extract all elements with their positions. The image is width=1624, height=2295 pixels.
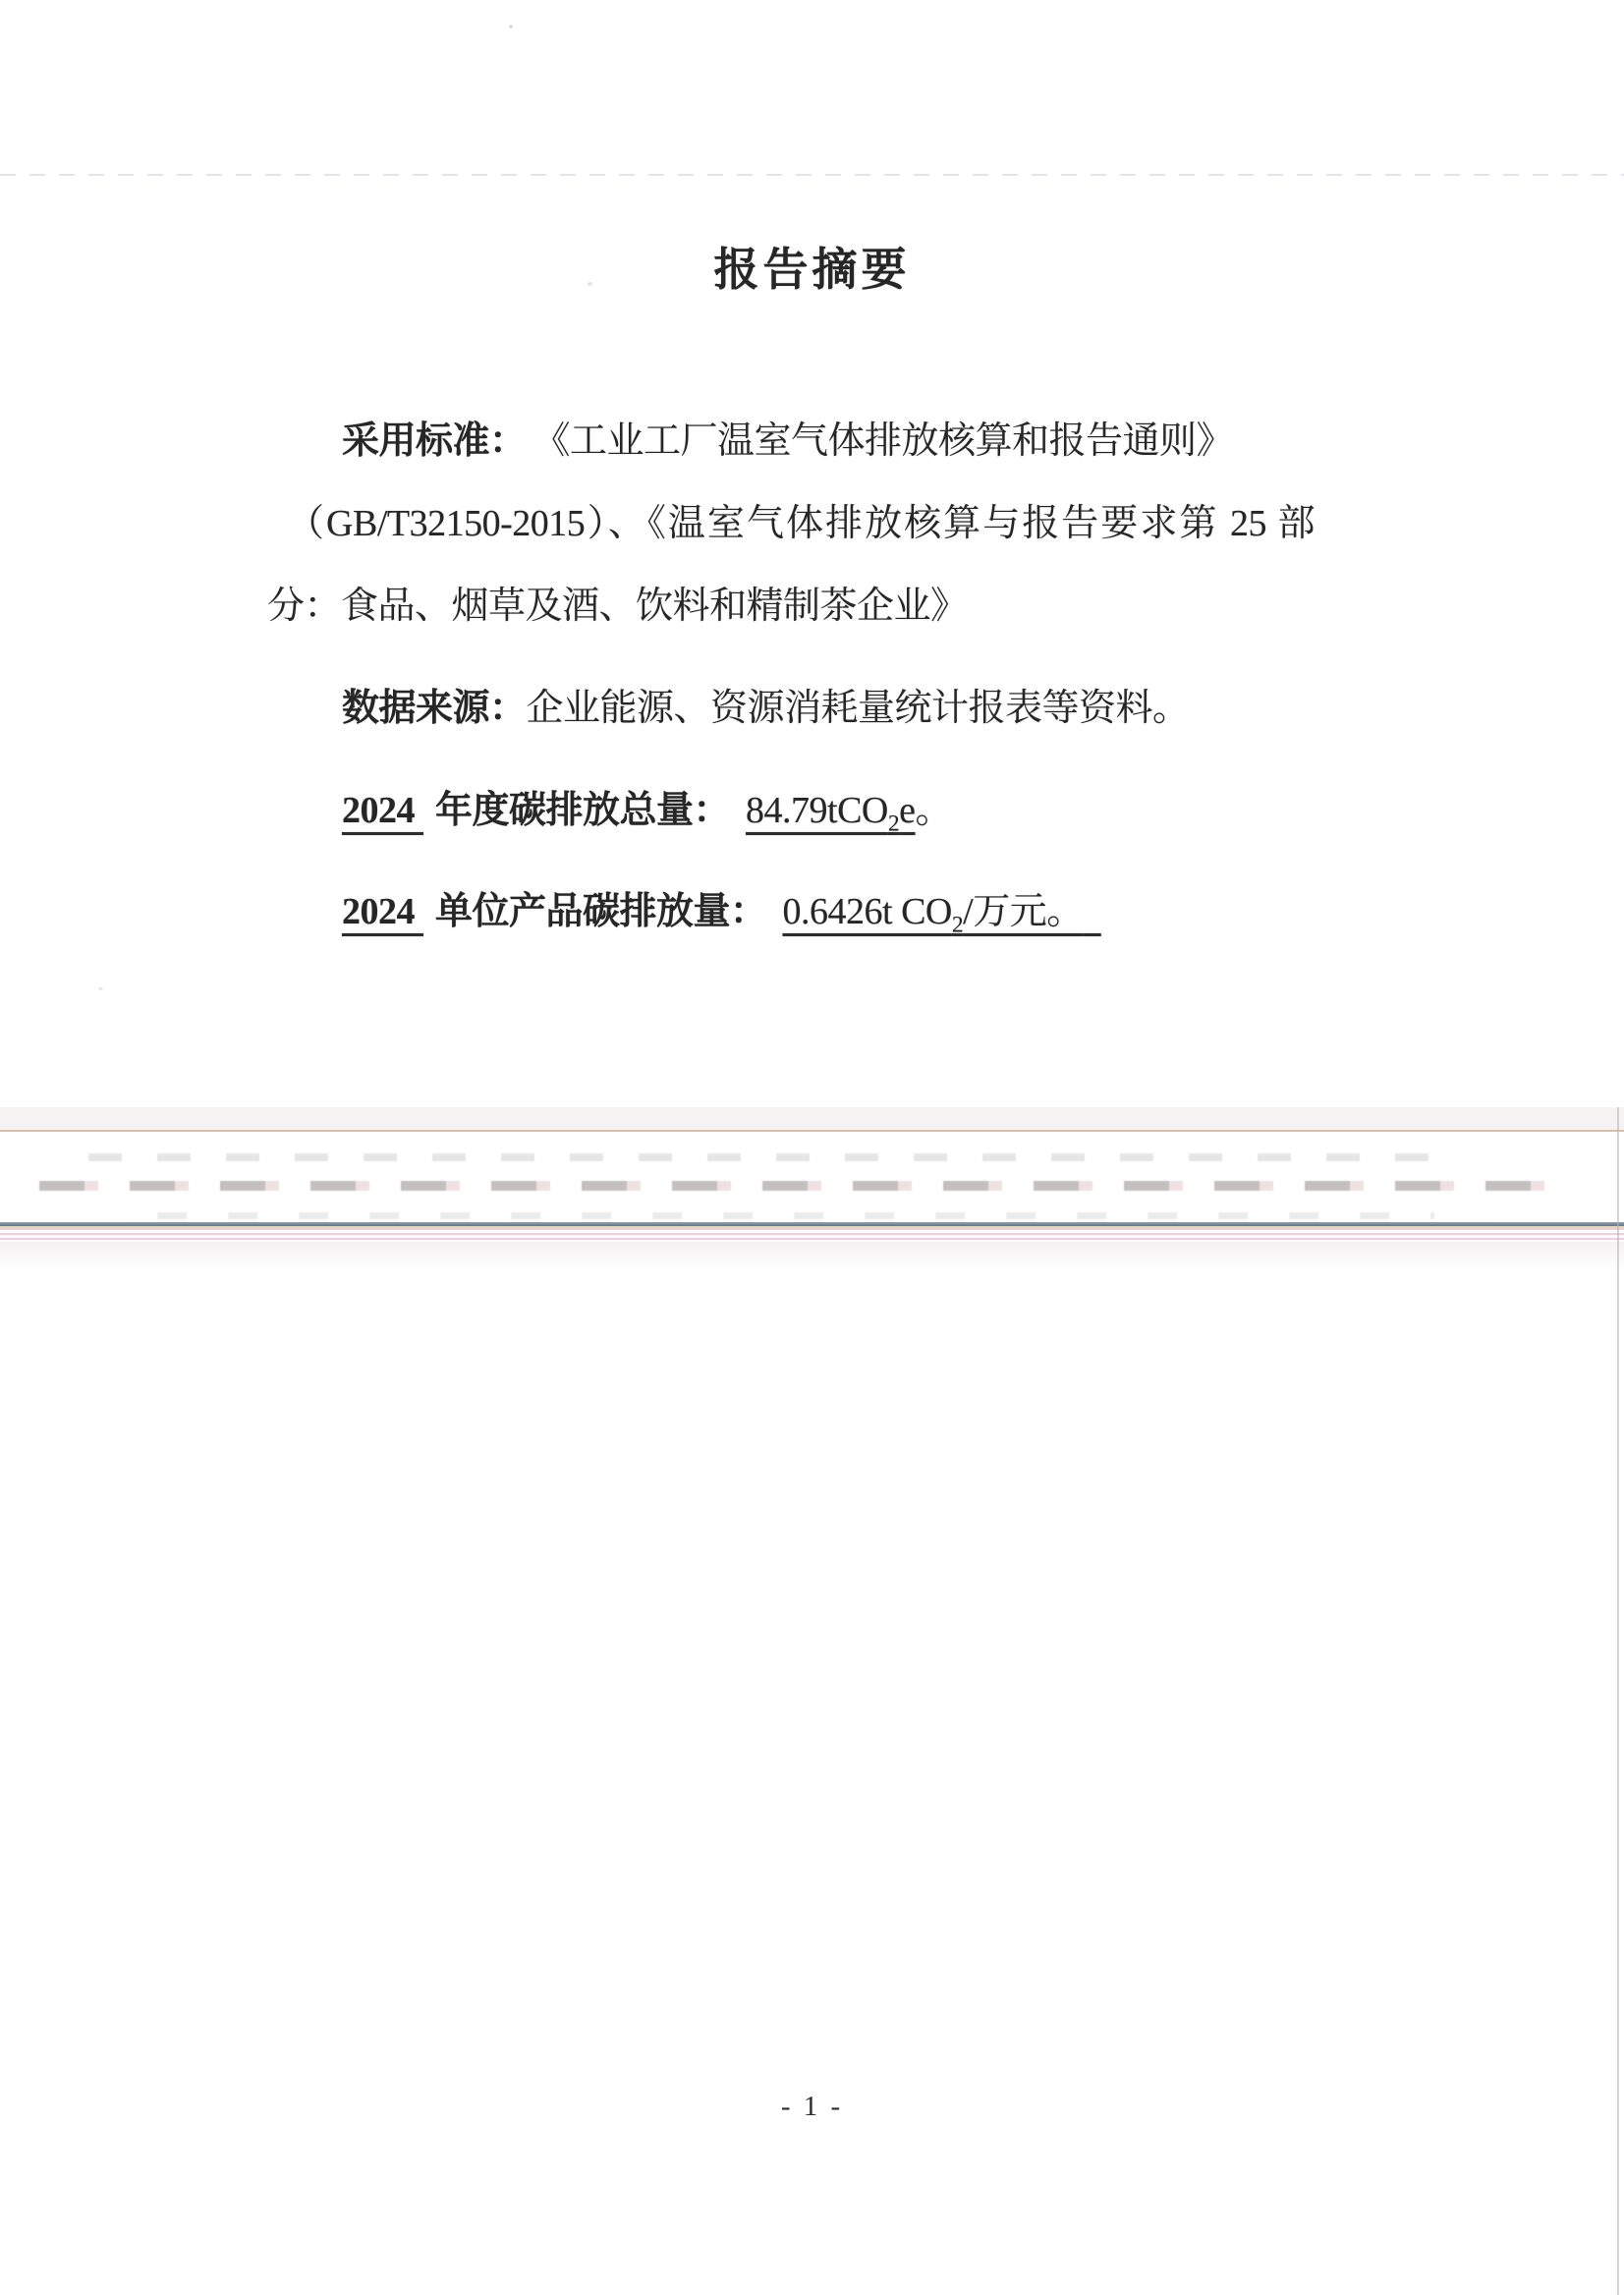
- per-unit-line: 2024 单位产品碳排放量：0.6426t CO2/万元。: [342, 887, 1101, 950]
- annual-total-line: 2024 年度碳排放总量：84.79tCO2e。: [342, 786, 952, 849]
- per-unit-label: 单位产品碳排放量：: [435, 891, 767, 932]
- scan-artifact-pink-lines: [0, 1228, 1624, 1242]
- annual-total-year-underline: 2024: [342, 790, 423, 831]
- scan-artifact-band-top: [0, 1107, 1624, 1132]
- scan-noise-speck: [98, 987, 103, 990]
- data-source-line: 数据来源：企业能源、资源消耗量统计报表等资料。: [342, 684, 1190, 733]
- standard-line-1: 采用标准：《工业工厂温室气体排放核算和报告通则》: [342, 417, 1233, 466]
- standard-line-2: （GB/T32150-2015）、《温室气体排放核算与报告要求第 25 部: [287, 499, 1315, 548]
- per-unit-value: 0.6426t CO2/万元。: [783, 891, 1101, 932]
- data-source-label: 数据来源：: [342, 688, 527, 729]
- standard-line-3: 分：食品、烟草及酒、饮料和精制茶企业》: [267, 582, 968, 631]
- annual-total-label: 年度碳排放总量：: [435, 790, 730, 831]
- scan-artifact-smudge: [39, 1181, 1572, 1191]
- per-unit-year-underline: 2024: [342, 891, 423, 932]
- standard-label: 采用标准：: [342, 420, 527, 462]
- scan-artifact-smudge: [157, 1212, 1434, 1219]
- annual-total-value: 84.79tCO2e: [746, 790, 916, 831]
- standard-line1-text: 《工业工厂温室气体排放核算和报告通则》: [552, 420, 1234, 462]
- per-unit-year: 2024: [342, 891, 415, 932]
- annual-total-period: 。: [916, 790, 953, 831]
- scan-artifact-smudge: [88, 1153, 1444, 1161]
- per-unit-value-text: 0.6426t CO: [783, 891, 952, 932]
- scan-noise-speck: [509, 25, 513, 28]
- page-number: - 1 -: [0, 2091, 1624, 2123]
- data-source-text: 企业能源、资源消耗量统计报表等资料。: [527, 688, 1190, 729]
- scan-artifact-band-fade: [0, 1242, 1624, 1271]
- scanned-document-page: 报告摘要 采用标准：《工业工厂温室气体排放核算和报告通则》 （GB/T32150…: [0, 0, 1624, 2295]
- scan-artifact-page-edge-line: [0, 1222, 1624, 1226]
- per-unit-value-unit: /万元。: [963, 891, 1084, 932]
- per-unit-value-subscript: 2: [952, 913, 963, 938]
- scan-artifact-dashed-line: [0, 174, 1624, 176]
- annual-total-year: 2024: [342, 790, 415, 831]
- scan-artifact-tan-line: [0, 1226, 1624, 1228]
- annual-total-value-text: 84.79tCO: [746, 790, 888, 831]
- annual-total-value-unit: e: [899, 790, 915, 831]
- report-title: 报告摘要: [0, 234, 1624, 299]
- annual-total-value-subscript: 2: [888, 812, 899, 837]
